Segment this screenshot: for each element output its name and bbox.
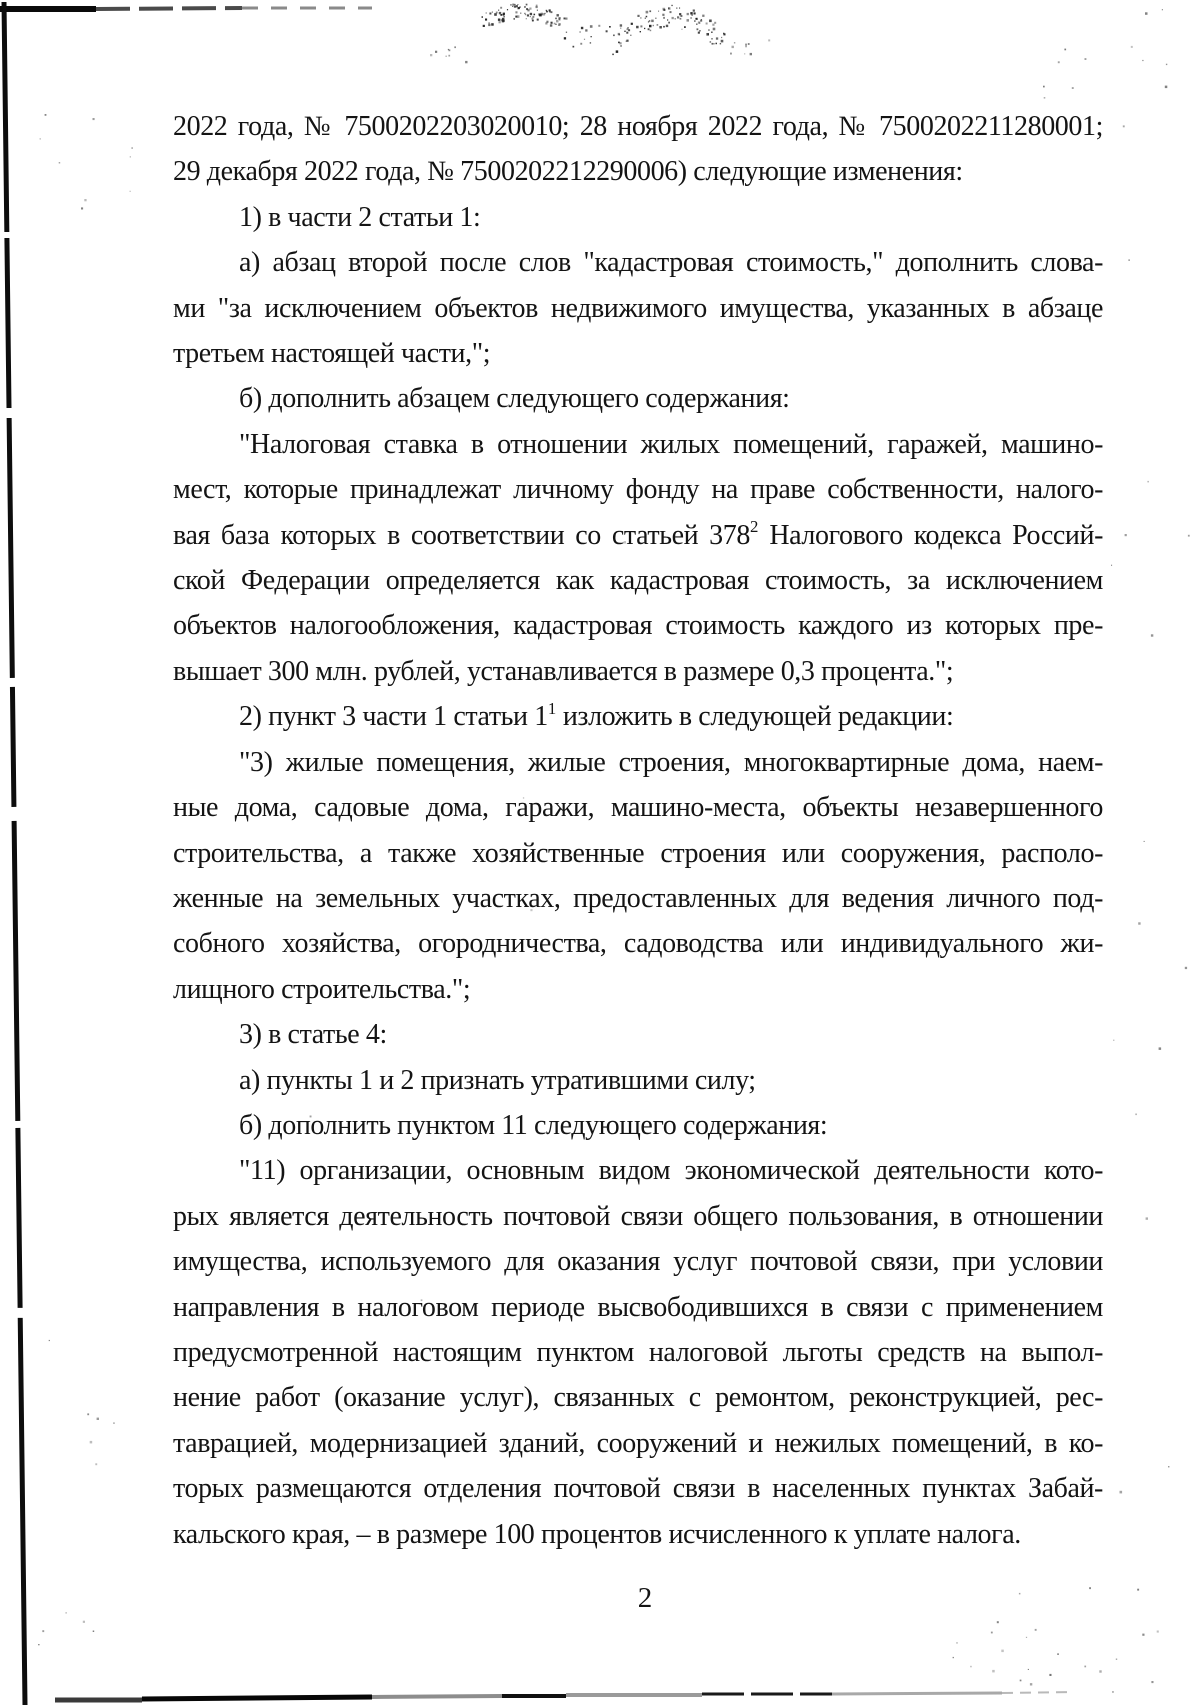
text-line: строительства, а также хозяйственные стр… bbox=[173, 831, 1103, 876]
text-line: б) дополнить абзацем следующего содержан… bbox=[173, 376, 1103, 421]
page-number: 2 bbox=[560, 1582, 730, 1615]
text-line: собного хозяйства, огородничества, садов… bbox=[173, 921, 1103, 966]
text-line: 3) в статье 4: bbox=[173, 1012, 1103, 1057]
text-line: "3) жилые помещения, жилые строения, мно… bbox=[173, 740, 1103, 785]
text-line: лищного строительства."; bbox=[173, 967, 1103, 1012]
text-line: ской Федерации определяется как кадастро… bbox=[173, 558, 1103, 603]
document-body: 2022 года, № 7500202203020010; 28 ноября… bbox=[173, 104, 1103, 1557]
text-line: 1) в части 2 статьи 1: bbox=[173, 195, 1103, 240]
text-line: 2) пункт 3 части 1 статьи 11 изложить в … bbox=[173, 694, 1103, 739]
text-line: б) дополнить пунктом 11 следующего содер… bbox=[173, 1103, 1103, 1148]
scan-edge-bottom bbox=[1002, 1692, 1072, 1693]
text-line: 2022 года, № 7500202203020010; 28 ноября… bbox=[173, 104, 1103, 149]
text-line: мест, которые принадлежат личному фонду … bbox=[173, 467, 1103, 512]
text-line: объектов налогообложения, кадастровая ст… bbox=[173, 603, 1103, 648]
text-line: нение работ (оказание услуг), связанных … bbox=[173, 1375, 1103, 1420]
text-line: кальского края, – в размере 100 проценто… bbox=[173, 1512, 1103, 1557]
text-line: таврацией, модернизацией зданий, сооруже… bbox=[173, 1421, 1103, 1466]
text-line: женные на земельных участках, предоставл… bbox=[173, 876, 1103, 921]
scan-edge-bottom bbox=[372, 1696, 502, 1697]
text-line: третьем настоящей части,"; bbox=[173, 331, 1103, 376]
text-line: ми "за исключением объектов недвижимого … bbox=[173, 286, 1103, 331]
scan-edge-bottom bbox=[142, 1697, 372, 1699]
scan-edge-bottom bbox=[832, 1693, 1002, 1694]
text-line: торых размещаются отделения почтовой свя… bbox=[173, 1466, 1103, 1511]
scan-edge-top bbox=[96, 8, 242, 9]
text-line: направления в налоговом периоде высвобод… bbox=[173, 1285, 1103, 1330]
text-line: ные дома, садовые дома, гаражи, машино-м… bbox=[173, 785, 1103, 830]
document-page: 2022 года, № 7500202203020010; 28 ноября… bbox=[0, 0, 1200, 1705]
text-line: рых является деятельность почтовой связи… bbox=[173, 1194, 1103, 1239]
text-line: а) абзац второй после слов "кадастровая … bbox=[173, 240, 1103, 285]
scan-edge-left bbox=[4, 2, 25, 1705]
text-line: 29 декабря 2022 года, № 7500202212290006… bbox=[173, 149, 1103, 194]
text-line: вышает 300 млн. рублей, устанавливается … bbox=[173, 649, 1103, 694]
text-line: вая база которых в соответствии со стать… bbox=[173, 513, 1103, 558]
text-line: "11) организации, основным видом экономи… bbox=[173, 1148, 1103, 1193]
text-line: предусмотренной настоящим пунктом налого… bbox=[173, 1330, 1103, 1375]
text-line: "Налоговая ставка в отношении жилых поме… bbox=[173, 422, 1103, 467]
text-line: а) пункты 1 и 2 признать утратившими сил… bbox=[173, 1058, 1103, 1103]
text-line: имущества, используемого для оказания ус… bbox=[173, 1239, 1103, 1284]
